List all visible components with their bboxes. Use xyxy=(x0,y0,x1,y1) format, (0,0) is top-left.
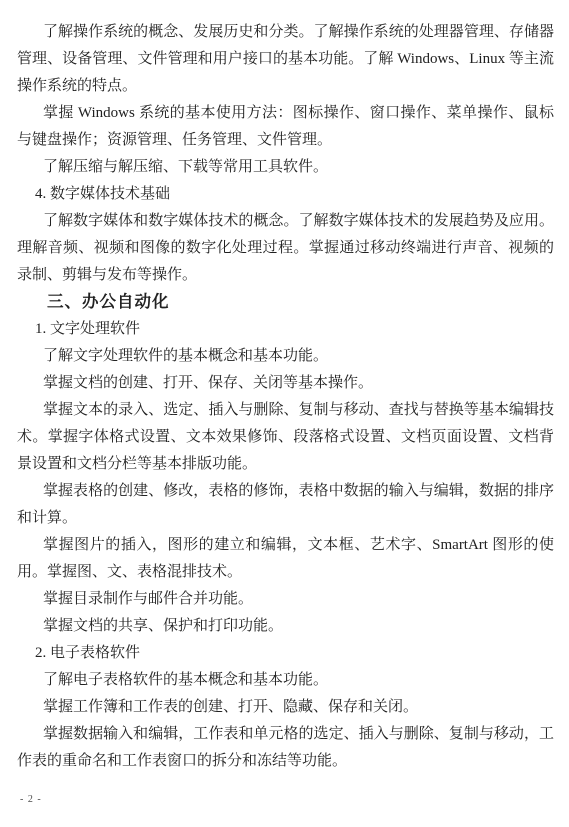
paragraph: 掌握文本的录入、选定、插入与删除、复制与移动、查找与替换等基本编辑技术。掌握字体… xyxy=(17,397,554,478)
paragraph: 掌握文档的创建、打开、保存、关闭等基本操作。 xyxy=(17,370,554,397)
numbered-item: 1. 文字处理软件 xyxy=(17,316,554,343)
paragraph: 掌握 Windows 系统的基本使用方法：图标操作、窗口操作、菜单操作、鼠标与键… xyxy=(17,100,554,154)
numbered-item: 4. 数字媒体技术基础 xyxy=(17,181,554,208)
paragraph: 掌握表格的创建、修改，表格的修饰，表格中数据的输入与编辑，数据的排序和计算。 xyxy=(17,478,554,532)
paragraph: 掌握工作簿和工作表的创建、打开、隐藏、保存和关闭。 xyxy=(17,694,554,721)
document-page: 了解操作系统的概念、发展历史和分类。了解操作系统的处理器管理、存储器管理、设备管… xyxy=(0,0,569,827)
paragraph: 了解电子表格软件的基本概念和基本功能。 xyxy=(17,667,554,694)
paragraph: 了解压缩与解压缩、下载等常用工具软件。 xyxy=(17,154,554,181)
paragraph: 掌握图片的插入，图形的建立和编辑，文本框、艺术字、SmartArt 图形的使用。… xyxy=(17,532,554,586)
section-heading: 三、办公自动化 xyxy=(17,289,554,316)
paragraph: 掌握目录制作与邮件合并功能。 xyxy=(17,586,554,613)
paragraph: 了解文字处理软件的基本概念和基本功能。 xyxy=(17,343,554,370)
document-body: 了解操作系统的概念、发展历史和分类。了解操作系统的处理器管理、存储器管理、设备管… xyxy=(17,19,554,775)
paragraph: 了解数字媒体和数字媒体技术的概念。了解数字媒体技术的发展趋势及应用。理解音频、视… xyxy=(17,208,554,289)
paragraph: 了解操作系统的概念、发展历史和分类。了解操作系统的处理器管理、存储器管理、设备管… xyxy=(17,19,554,100)
paragraph: 掌握数据输入和编辑，工作表和单元格的选定、插入与删除、复制与移动，工作表的重命名… xyxy=(17,721,554,775)
paragraph: 掌握文档的共享、保护和打印功能。 xyxy=(17,613,554,640)
numbered-item: 2. 电子表格软件 xyxy=(17,640,554,667)
page-number: - 2 - xyxy=(20,794,42,805)
